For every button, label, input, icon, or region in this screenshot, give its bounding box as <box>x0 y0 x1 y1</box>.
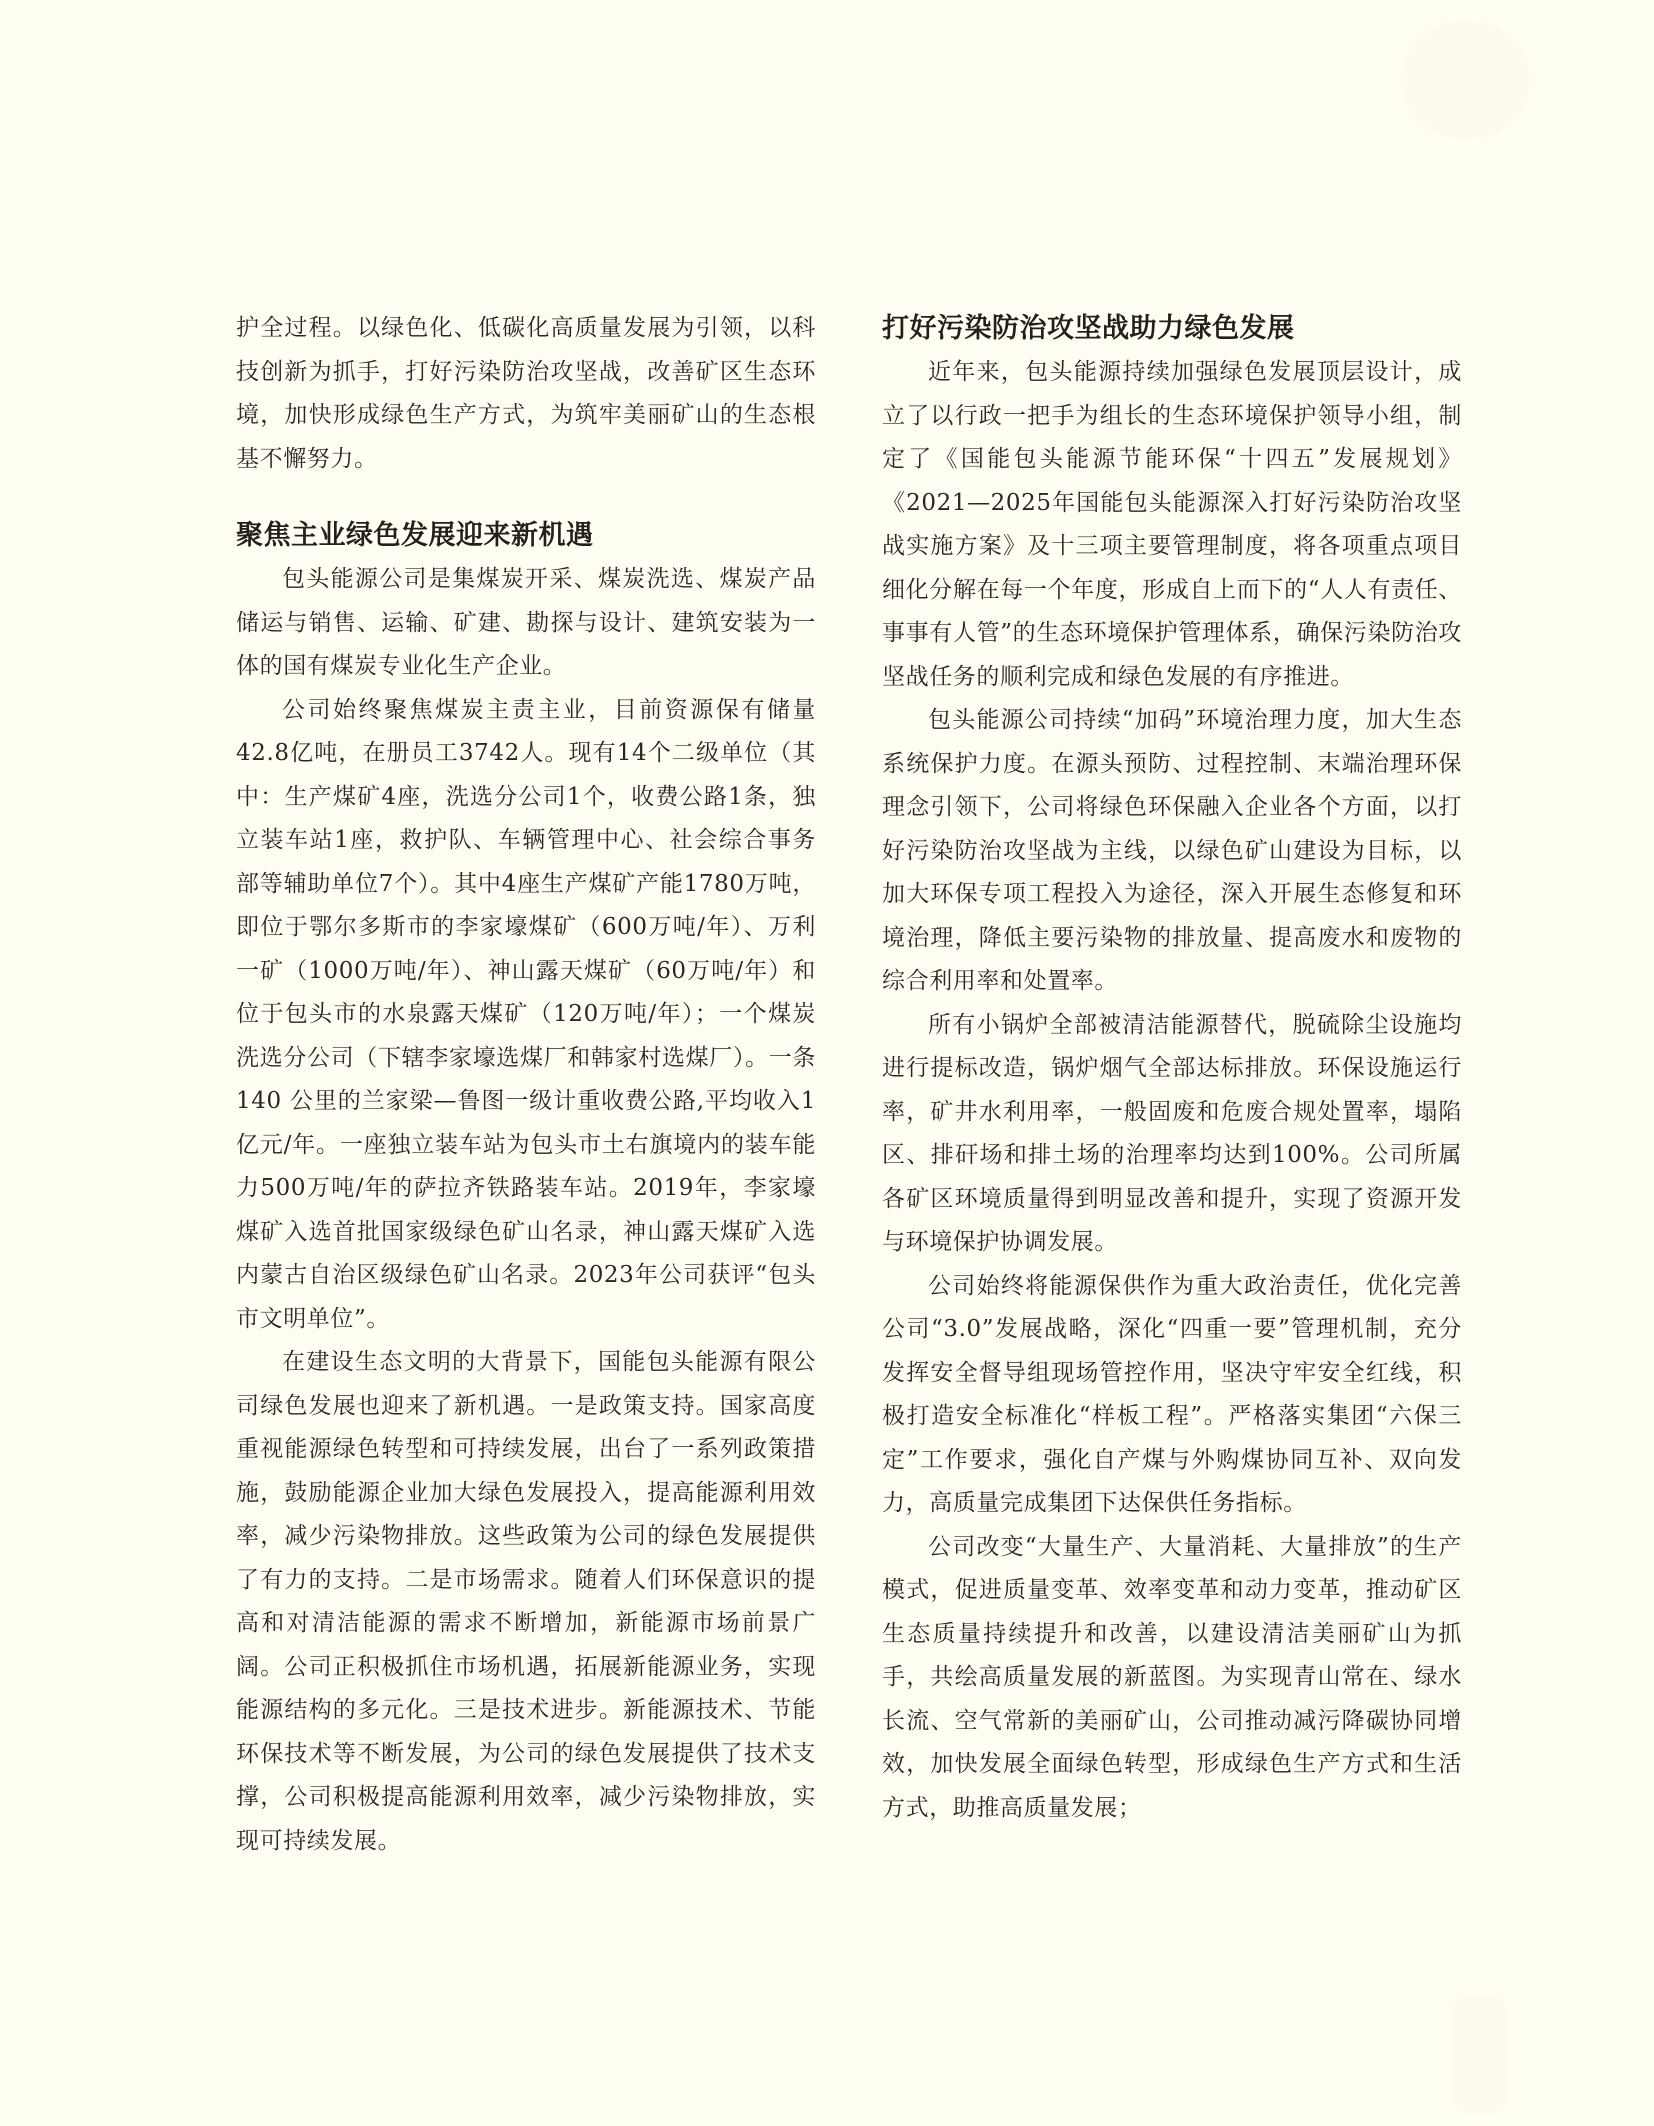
body-paragraph: 近年来，包头能源持续加强绿色发展顶层设计，成立了以行政一把手为组长的生态环境保护… <box>882 351 1462 699</box>
section-heading-focus-main-business: 聚焦主业绿色发展迎来新机遇 <box>236 514 816 558</box>
left-column: 护全过程。以绿色化、低碳化高质量发展为引领，以科技创新为抓手，打好污染防治攻坚战… <box>236 307 816 1863</box>
body-paragraph: 包头能源公司持续“加码”环境治理力度，加大生态系统保护力度。在源头预防、过程控制… <box>882 699 1462 1004</box>
body-paragraph: 所有小锅炉全部被清洁能源替代，脱硫除尘设施均进行提标改造，锅炉烟气全部达标排放。… <box>882 1004 1462 1265</box>
decorative-watermark-icon <box>1400 20 1530 140</box>
body-paragraph: 包头能源公司是集煤炭开采、煤炭洗选、煤炭产品储运与销售、运输、矿建、勘探与设计、… <box>236 558 816 689</box>
decorative-watermark-icon <box>1450 1995 1510 2115</box>
body-paragraph: 公司改变“大量生产、大量消耗、大量排放”的生产模式，促进质量变革、效率变革和动力… <box>882 1526 1462 1831</box>
right-column: 打好污染防治攻坚战助力绿色发展 近年来，包头能源持续加强绿色发展顶层设计，成立了… <box>882 307 1462 1830</box>
body-paragraph: 在建设生态文明的大背景下，国能包头能源有限公司绿色发展也迎来了新机遇。一是政策支… <box>236 1341 816 1863</box>
intro-paragraph: 护全过程。以绿色化、低碳化高质量发展为引领，以科技创新为抓手，打好污染防治攻坚战… <box>236 307 816 481</box>
section-heading-pollution-control: 打好污染防治攻坚战助力绿色发展 <box>882 307 1462 351</box>
body-paragraph: 公司始终将能源保供作为重大政治责任，优化完善公司“3.0”发展战略，深化“四重一… <box>882 1265 1462 1526</box>
body-paragraph: 公司始终聚焦煤炭主责主业，目前资源保有储量42.8亿吨，在册员工3742人。现有… <box>236 689 816 1342</box>
